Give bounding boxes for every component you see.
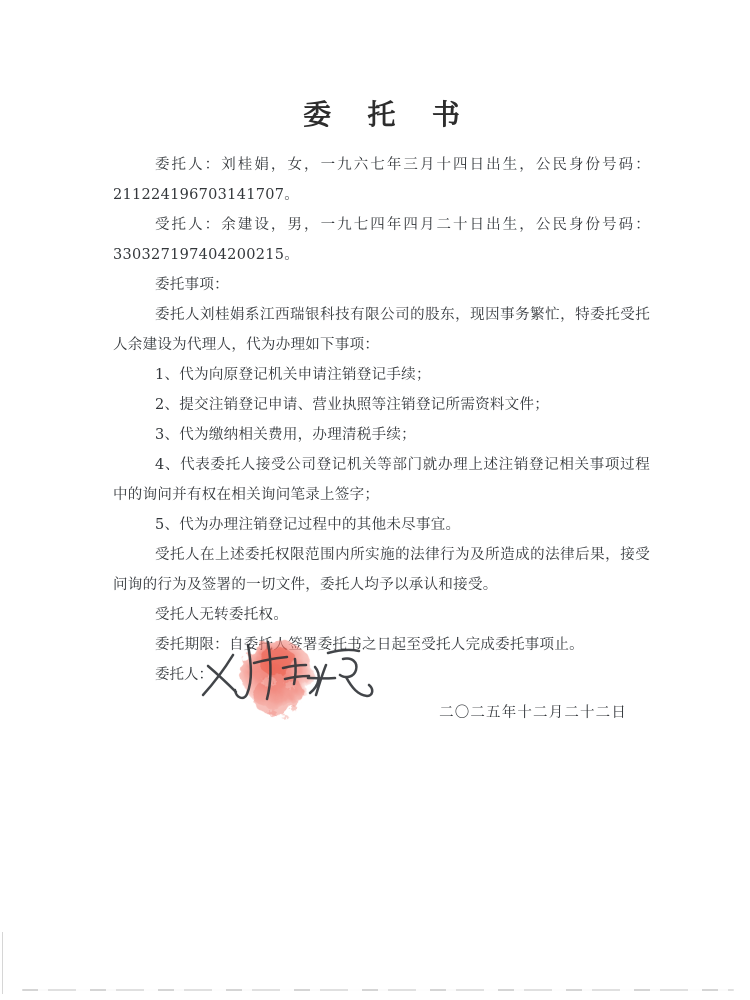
agent-paragraph: 受托人：余建设，男，一九七四年四月二十日出生，公民身份号码：3303271974…: [113, 210, 650, 270]
document-title: 委托书: [113, 95, 650, 135]
scan-artifact-left-edge: [2, 932, 3, 994]
authorization-item-5: 5、代为办理注销登记过程中的其他未尽事宜。: [113, 510, 650, 540]
signature-label: 委托人：: [155, 667, 213, 683]
matters-heading: 委托事项：: [113, 270, 650, 300]
principal-paragraph: 委托人：刘桂娟，女，一九六七年三月十四日出生，公民身份号码：2112241967…: [113, 150, 650, 210]
term-paragraph: 委托期限：自委托人签署委托书之日起至受托人完成委托事项止。: [113, 630, 650, 660]
authorization-item-1: 1、代为向原登记机关申请注销登记手续；: [113, 360, 650, 390]
intro-paragraph: 委托人刘桂娟系江西瑞银科技有限公司的股东，现因事务繁忙，特委托受托人余建设为代理…: [113, 300, 650, 360]
no-subdelegation-paragraph: 受托人无转委托权。: [113, 600, 650, 630]
authorization-item-4: 4、代表委托人接受公司登记机关等部门就办理上述注销登记相关事项过程中的询问并有权…: [113, 450, 650, 510]
document-date: 二〇二五年十二月二十二日: [113, 698, 650, 728]
authorization-item-2: 2、提交注销登记申请、营业执照等注销登记所需资料文件；: [113, 390, 650, 420]
signature-row: 委托人：: [113, 660, 650, 690]
document-content: 委托书 委托人：刘桂娟，女，一九六七年三月十四日出生，公民身份号码：211224…: [113, 0, 650, 728]
scanned-document-page: 委托书 委托人：刘桂娟，女，一九六七年三月十四日出生，公民身份号码：211224…: [0, 0, 750, 1000]
acknowledgement-paragraph: 受托人在上述委托权限范围内所实施的法律行为及所造成的法律后果，接受问询的行为及签…: [113, 540, 650, 600]
authorization-item-3: 3、代为缴纳相关费用，办理清税手续；: [113, 420, 650, 450]
scan-artifact-bottom-edge: [22, 989, 734, 991]
